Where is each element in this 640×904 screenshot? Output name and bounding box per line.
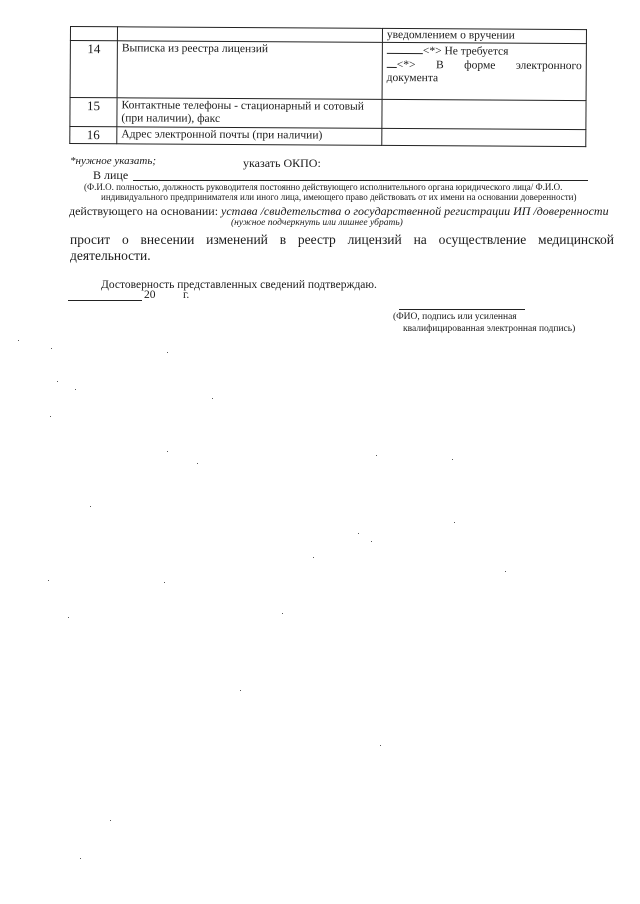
scan-speck [452,459,453,460]
footnote: *нужное указать; [70,155,156,167]
in-person-hint: индивидуального предпринимателя или иног… [101,192,576,202]
basis-options[interactable]: устава /свидетельства о государственной … [221,204,609,219]
date-year: 20 [144,289,156,301]
scan-speck [57,381,58,382]
in-person-hint: (Ф.И.О. полностью, должность руководител… [84,182,562,192]
request-text-cont: деятельности. [70,248,151,264]
scan-speck [18,340,19,341]
row-name: Контактные телефоны - стационарный и сот… [117,98,382,129]
request-text: просит о внесении изменений в реестр лиц… [70,231,614,248]
scan-speck [75,389,76,390]
scan-speck [454,522,455,523]
scan-speck [376,455,377,456]
signature-field[interactable] [399,309,525,310]
basis-label: действующего на основании: [69,204,218,219]
row-number: 16 [70,127,117,144]
okpo-label: указать ОКПО: [243,156,321,171]
scan-speck [167,352,168,353]
scan-speck [197,463,198,464]
scan-speck [50,416,51,417]
row-number: 15 [70,98,117,127]
scan-speck [80,858,81,859]
scan-speck [240,690,241,691]
basis-hint: (нужное подчеркнуть или лишнее убрать) [231,218,403,228]
table-row: 15 Контактные телефоны - стационарный и … [70,98,586,130]
row-value[interactable] [382,99,586,129]
option-electronic[interactable]: <*> В форме электронного [387,58,582,73]
row-number: 14 [70,41,117,98]
checkbox-blank[interactable] [387,44,423,54]
scan-speck [212,398,213,399]
scan-speck [110,820,111,821]
row-name: Адрес электронной почты (при наличии) [117,127,382,146]
option-label: Не требуется [444,45,508,57]
scan-speck [90,506,91,507]
application-table: уведомлением о вручении 14 Выписка из ре… [69,26,587,147]
option-not-required[interactable]: <*> Не требуется [387,44,582,59]
option-electronic-cont: документа [387,72,582,86]
date-suffix: г. [183,289,189,301]
scan-speck [48,580,49,581]
row-value[interactable] [382,128,586,146]
in-person-label: В лице [93,168,128,183]
scan-speck [358,533,359,534]
row-value: уведомлением о вручении [382,28,586,43]
scan-speck [380,745,381,746]
checkbox-blank[interactable] [387,58,397,68]
table-row: 14 Выписка из реестра лицензий <*> Не тр… [70,41,586,101]
scan-speck [505,571,506,572]
scan-speck [313,557,314,558]
in-person-field[interactable] [133,180,588,181]
row-number [70,27,117,41]
scan-speck [68,617,69,618]
scan-speck [282,613,283,614]
document-page: уведомлением о вручении 14 Выписка из ре… [0,0,640,904]
date-field[interactable] [68,300,142,301]
option-marker: <*> [423,45,442,57]
row-value: <*> Не требуется <*> В форме электронног… [382,42,586,100]
table-row: 16 Адрес электронной почты (при наличии) [70,127,586,147]
signature-hint: (ФИО, подпись или усиленная [393,312,517,322]
scan-speck [164,582,165,583]
signature-hint: квалифицированная электронная подпись) [403,324,575,334]
confirmation-text: Достоверность представленных сведений по… [101,279,377,291]
option-label: <*> В форме электронного [397,59,582,72]
row-name: Выписка из реестра лицензий [117,41,382,100]
scan-speck [371,541,372,542]
scan-speck [167,451,168,452]
scan-speck [51,348,52,349]
